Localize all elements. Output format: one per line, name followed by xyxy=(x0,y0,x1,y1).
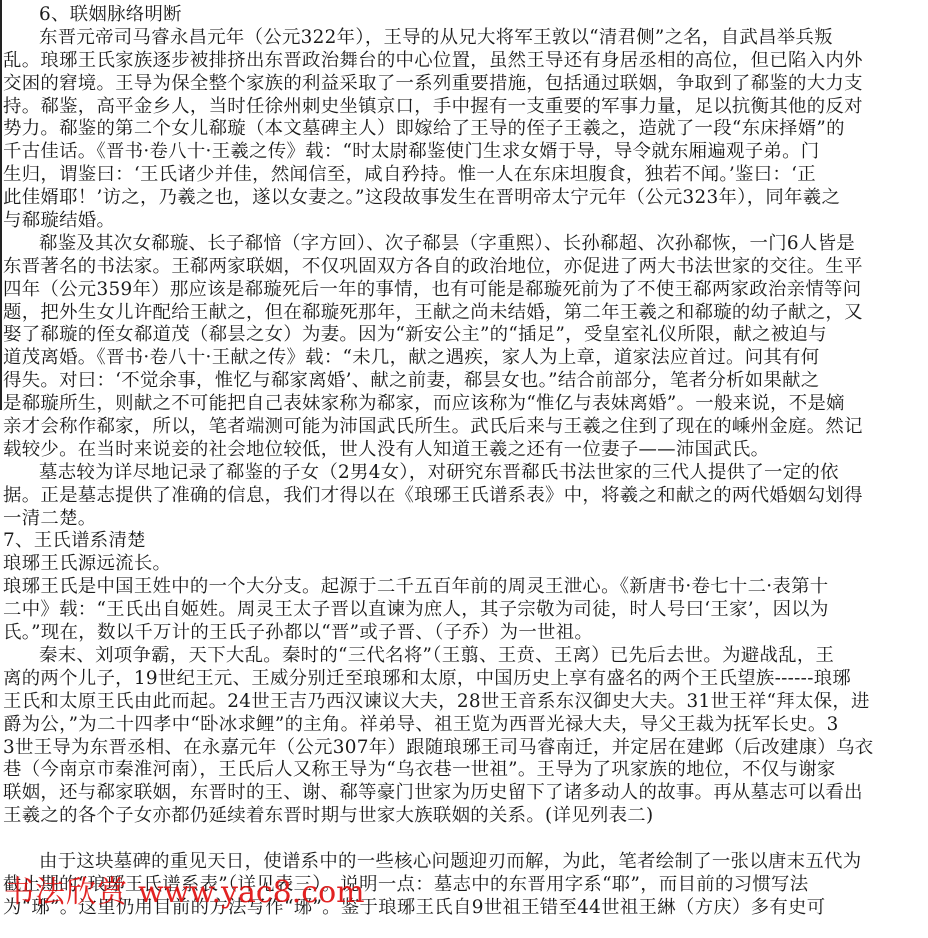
section-7-paragraph-1: 琅琊王氏是中国王姓中的一个大分支。起源于二千五百年前的周灵王泄心。《新唐书·卷七… xyxy=(3,576,928,645)
document-page: 6、联姻脉络明断 东晋元帝司马睿永昌元年（公元322年），王导的从兄大将军王敦以… xyxy=(3,4,928,920)
section-7-subheading: 琅琊王氏源远流长。 xyxy=(3,553,928,576)
text-line: 载较少。在当时来说妾的社会地位较低，世人没有人知道王羲之还有一位妻子——沛国武氏… xyxy=(3,439,928,462)
text-line: 联姻，还与郗家联姻，东晋时的王、谢、郗等豪门世家为历史留下了诸多动人的故事。再从… xyxy=(3,782,928,805)
text-line: 由于这块墓碑的重见天日，使谱系中的一些核心问题迎刃而解，为此，笔者绘制了一张以唐… xyxy=(3,851,928,874)
text-line: 题，把外生女儿许配给王献之，但在郗璇死那年，王献之尚未结婚，第二年王羲之和郗璇的… xyxy=(3,302,928,325)
text-line: 截止期的“琅琊王氏谱系表”（详见表三）。说明一点：墓志中的东晋用字系“耶”，而目… xyxy=(3,874,928,897)
section-7-heading: 7、王氏谱系清楚 xyxy=(3,530,928,553)
text-line: 持。郗鉴，高平金乡人，当时任徐州刺史坐镇京口，手中握有一支重要的军事力量，足以抗… xyxy=(3,96,928,119)
section-6-paragraph-3: 墓志较为详尽地记录了郗鉴的子女（2男4女），对研究东晋郗氏书法世家的三代人提供了… xyxy=(3,462,928,531)
section-7-paragraph-2: 秦末、刘项争霸，天下大乱。秦时的“三代名将”（王翦、王贲、王离）已先后去世。为避… xyxy=(3,645,928,828)
text-line: 此佳婿耶！’访之，乃羲之也，遂以女妻之。”这段故事发生在晋明帝太宁元年（公元32… xyxy=(3,187,928,210)
text-line: 王氏和太原王氏由此而起。24世王吉乃西汉谏议大夫，28世王音系东汉御史大夫。31… xyxy=(3,691,928,714)
text-line: 娶了郗璇的侄女郗道茂（郗昙之女）为妻。因为“新安公主”的“插足”，受皇室礼仪所限… xyxy=(3,324,928,347)
text-line: 琅琊王氏是中国王姓中的一个大分支。起源于二千五百年前的周灵王泄心。《新唐书·卷七… xyxy=(3,576,928,599)
text-line: 东晋著名的书法家。王郗两家联姻，不仅巩固双方各自的政治地位，亦促进了两大书法世家… xyxy=(3,256,928,279)
text-line: 得失。对曰：‘不觉余事，惟忆与郗家离婚’、献之前妻，郗昙女也。”结合前部分，笔者… xyxy=(3,370,928,393)
section-6-heading: 6、联姻脉络明断 xyxy=(3,4,928,27)
section-6-paragraph-1: 东晋元帝司马睿永昌元年（公元322年），王导的从兄大将军王敦以“清君侧”之名，自… xyxy=(3,27,928,233)
text-line: 墓志较为详尽地记录了郗鉴的子女（2男4女），对研究东晋郗氏书法世家的三代人提供了… xyxy=(3,462,928,485)
text-line: 与郗璇结婚。 xyxy=(3,210,928,233)
text-line: 道茂离婚。《晋书·卷八十·王献之传》载：“未几，献之遇疾，家人为上章，道家法应首… xyxy=(3,347,928,370)
text-line: 生归，谓鉴曰：‘王氏诸少并佳，然闻信至，咸自矜持。惟一人在东床坦腹食，独若不闻。… xyxy=(3,164,928,187)
section-6-paragraph-2: 郗鉴及其次女郗璇、长子郗愔（字方回）、次子郗昙（字重熙）、长孙郗超、次孙郗恢，一… xyxy=(3,233,928,462)
text-line: 乱。琅琊王氏家族逐步被排挤出东晋政治舞台的中心位置，虽然王导还有身居丞相的高位，… xyxy=(3,50,928,73)
text-line: 一清二楚。 xyxy=(3,508,928,531)
text-line: 势力。郗鉴的第二个女儿郗璇（本文墓碑主人）即嫁给了王导的侄子王羲之，造就了一段“… xyxy=(3,118,928,141)
text-line: 离的两个儿子，19世纪王元、王威分别迁至琅琊和太原，中国历史上享有盛名的两个王氏… xyxy=(3,668,928,691)
text-line: 爵为公，”为二十四孝中“卧冰求鲤”的主角。祥弟导、祖王览为西晋光禄大夫，导父王裁… xyxy=(3,714,928,737)
text-line: 东晋元帝司马睿永昌元年（公元322年），王导的从兄大将军王敦以“清君侧”之名，自… xyxy=(3,27,928,50)
section-7-paragraph-3: 由于这块墓碑的重见天日，使谱系中的一些核心问题迎刃而解，为此，笔者绘制了一张以唐… xyxy=(3,851,928,920)
text-line: 据。正是墓志提供了准确的信息，我们才得以在《琅琊王氏谱系表》中，将羲之和献之的两… xyxy=(3,485,928,508)
text-line: 四年（公元359年）那应该是郗璇死后一年的事情，也有可能是郗璇死前为了不使王郗两… xyxy=(3,279,928,302)
text-line: 为“琊”。这里仍用目前的方法写作“琊”。鉴于琅琊王氏自9世祖王错至44世祖王綝（… xyxy=(3,897,928,920)
left-border-rule xyxy=(0,0,2,410)
text-line: 是郗璇所生，则献之不可能把自己表妹家称为郗家，而应该称为“惟亿与表妹离婚”。一般… xyxy=(3,393,928,416)
text-line: 亲才会称作郗家，所以，笔者端测可能为沛国武氏所生。武氏后来与王羲之住到了现在的嵊… xyxy=(3,416,928,439)
text-line: 郗鉴及其次女郗璇、长子郗愔（字方回）、次子郗昙（字重熙）、长孙郗超、次孙郗恢，一… xyxy=(3,233,928,256)
text-line: 千古佳话。《晋书·卷八十·王羲之传》载：“时太尉郗鉴使门生求女婿于导，导令就东厢… xyxy=(3,141,928,164)
text-line: 3世王导为东晋丞相、在永嘉元年（公元307年）跟随琅琊王司马睿南迁，并定居在建邺… xyxy=(3,737,928,760)
blank-line xyxy=(3,828,928,851)
text-line: 交困的窘境。王导为保全整个家族的利益采取了一系列重要措施，包括通过联姻，争取到了… xyxy=(3,73,928,96)
text-line: 巷（今南京市秦淮河南），王氏后人又称王导为“乌衣巷一世祖”。王导为了巩家族的地位… xyxy=(3,759,928,782)
text-line: 二中》载：“王氏出自姬姓。周灵王太子晋以直谏为庶人，其子宗敬为司徒，时人号曰‘王… xyxy=(3,599,928,622)
text-line: 王羲之的各个子女亦都仍延续着东晋时期与世家大族联姻的关系。(详见列表二) xyxy=(3,805,928,828)
text-line: 氏。”现在，数以千万计的王氏子孙都以“晋”或子晋、（子乔）为一世祖。 xyxy=(3,622,928,645)
text-line: 秦末、刘项争霸，天下大乱。秦时的“三代名将”（王翦、王贲、王离）已先后去世。为避… xyxy=(3,645,928,668)
